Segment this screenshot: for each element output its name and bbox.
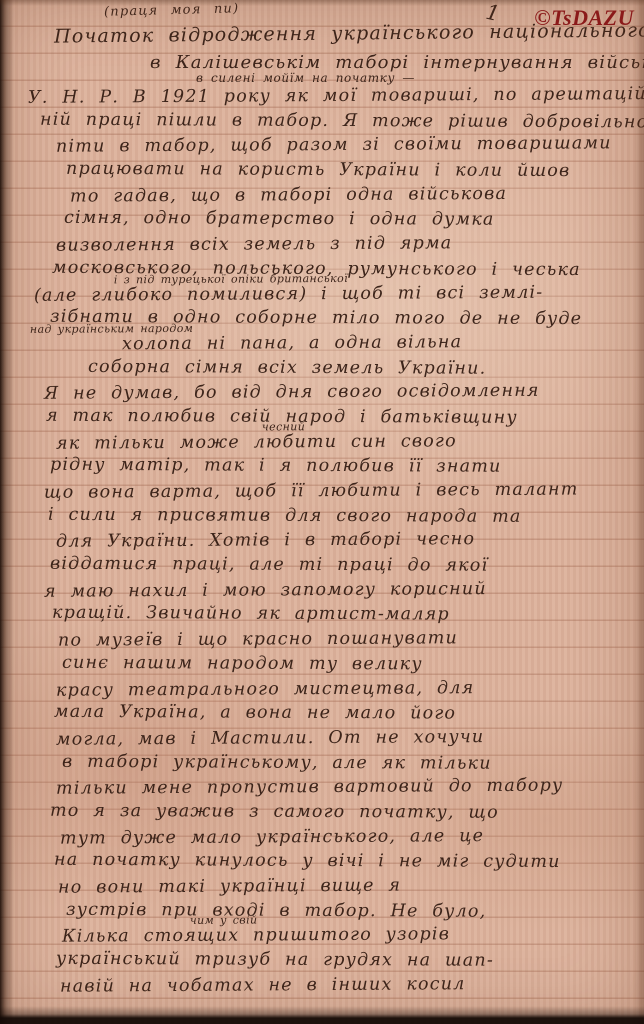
interlinear-note: чим у свій — [190, 915, 258, 926]
manuscript-line: (але глибоко помилився) і щоб ті всі зем… — [26, 280, 640, 308]
manuscript-line: то я за уважив з самого початку, що — [26, 799, 640, 826]
manuscript-line: на початку кинулось у вічі і не міг суди… — [26, 848, 640, 875]
manuscript-line: соборна сімня всіх земель України. — [26, 354, 640, 381]
manuscript-line: тільки мене пропустив вартовий до табору — [26, 773, 640, 801]
manuscript-line: красу театрального мистецтва, для — [26, 675, 640, 703]
scan-edge-bottom — [0, 1006, 644, 1024]
manuscript-line: що вона варта, щоб її любити і весь тала… — [26, 477, 640, 505]
manuscript-line: то гадав, що в таборі одна військова — [26, 181, 640, 209]
manuscript-line: мала Україна, а вона не мало його — [26, 700, 640, 727]
manuscript-line: віддатися праці, але ті праці до якої — [26, 552, 640, 579]
manuscript-line: холопа ні пана, а одна вільнанад українс… — [26, 329, 640, 357]
manuscript-line: я так полюбив свій народ і батьківщину — [26, 404, 640, 431]
manuscript-line: по музеїв і що красно пошанувати — [26, 625, 640, 653]
manuscript-line: працювати на користь України і коли йшов — [26, 157, 640, 184]
manuscript-body: У. Н. Р. В 1921 року як мої товариші, по… — [26, 84, 640, 997]
manuscript-line: для України. Хотів і в таборі чесно — [26, 526, 640, 554]
scan-edge-left — [0, 0, 14, 1024]
manuscript-line: могла, мав і Мастили. От не хочучи — [26, 724, 640, 752]
manuscript-line: піти в табор, щоб разом зі своїми товари… — [26, 131, 640, 159]
manuscript-line: як тільки може любити син свогочесний — [26, 428, 640, 456]
interlinear-note: над українським народом — [30, 323, 193, 335]
interlinear-note: чесний — [262, 421, 305, 432]
scan-edge-right — [634, 0, 644, 1024]
title-line-2: в Калішевськім таборі інтернування війсь… — [150, 52, 644, 73]
archive-watermark: ©TsDAZU — [534, 5, 634, 31]
manuscript-line: Я не думав, бо від дня свого освідомленн… — [26, 378, 640, 406]
manuscript-line: визволення всіх земель з під ярма — [26, 230, 640, 258]
manuscript-line: сімня, одно братерство і одна думка — [26, 206, 640, 233]
manuscript-line: ній праці пішли в табор. Я тоже рішив до… — [26, 107, 640, 134]
manuscript-line: в таборі українському, але як тільки — [26, 749, 640, 776]
manuscript-line: рідну матір, так і я полюбив її знати — [26, 453, 640, 480]
manuscript-page: ©TsDAZU 1 (праця моя пи) Початок відродж… — [0, 0, 644, 1024]
manuscript-line: український тризуб на грудях на шап- — [26, 947, 640, 974]
manuscript-line: і сили я присвятив для свого народа та — [26, 502, 640, 529]
manuscript-line: я маю нахил і мою запомогу корисний — [26, 576, 640, 604]
manuscript-line: навій на чобатах не в інших косил — [26, 971, 640, 999]
manuscript-line: зустрів при вході в табор. Не було, — [26, 897, 640, 924]
manuscript-line: Кілька стоящих пришитого узорівчим у сві… — [26, 921, 640, 949]
interlinear-note: і з під турецької опіки британської — [114, 272, 348, 284]
manuscript-line: тут дуже мало українського, але це — [26, 823, 640, 851]
manuscript-line: У. Н. Р. В 1921 року як мої товариші, по… — [26, 82, 640, 110]
manuscript-line: синє нашим народом ту велику — [26, 650, 640, 677]
manuscript-line: кращій. Звичайно як артист-маляр — [26, 601, 640, 628]
manuscript-line: но вони такі українці вище я — [26, 872, 640, 900]
